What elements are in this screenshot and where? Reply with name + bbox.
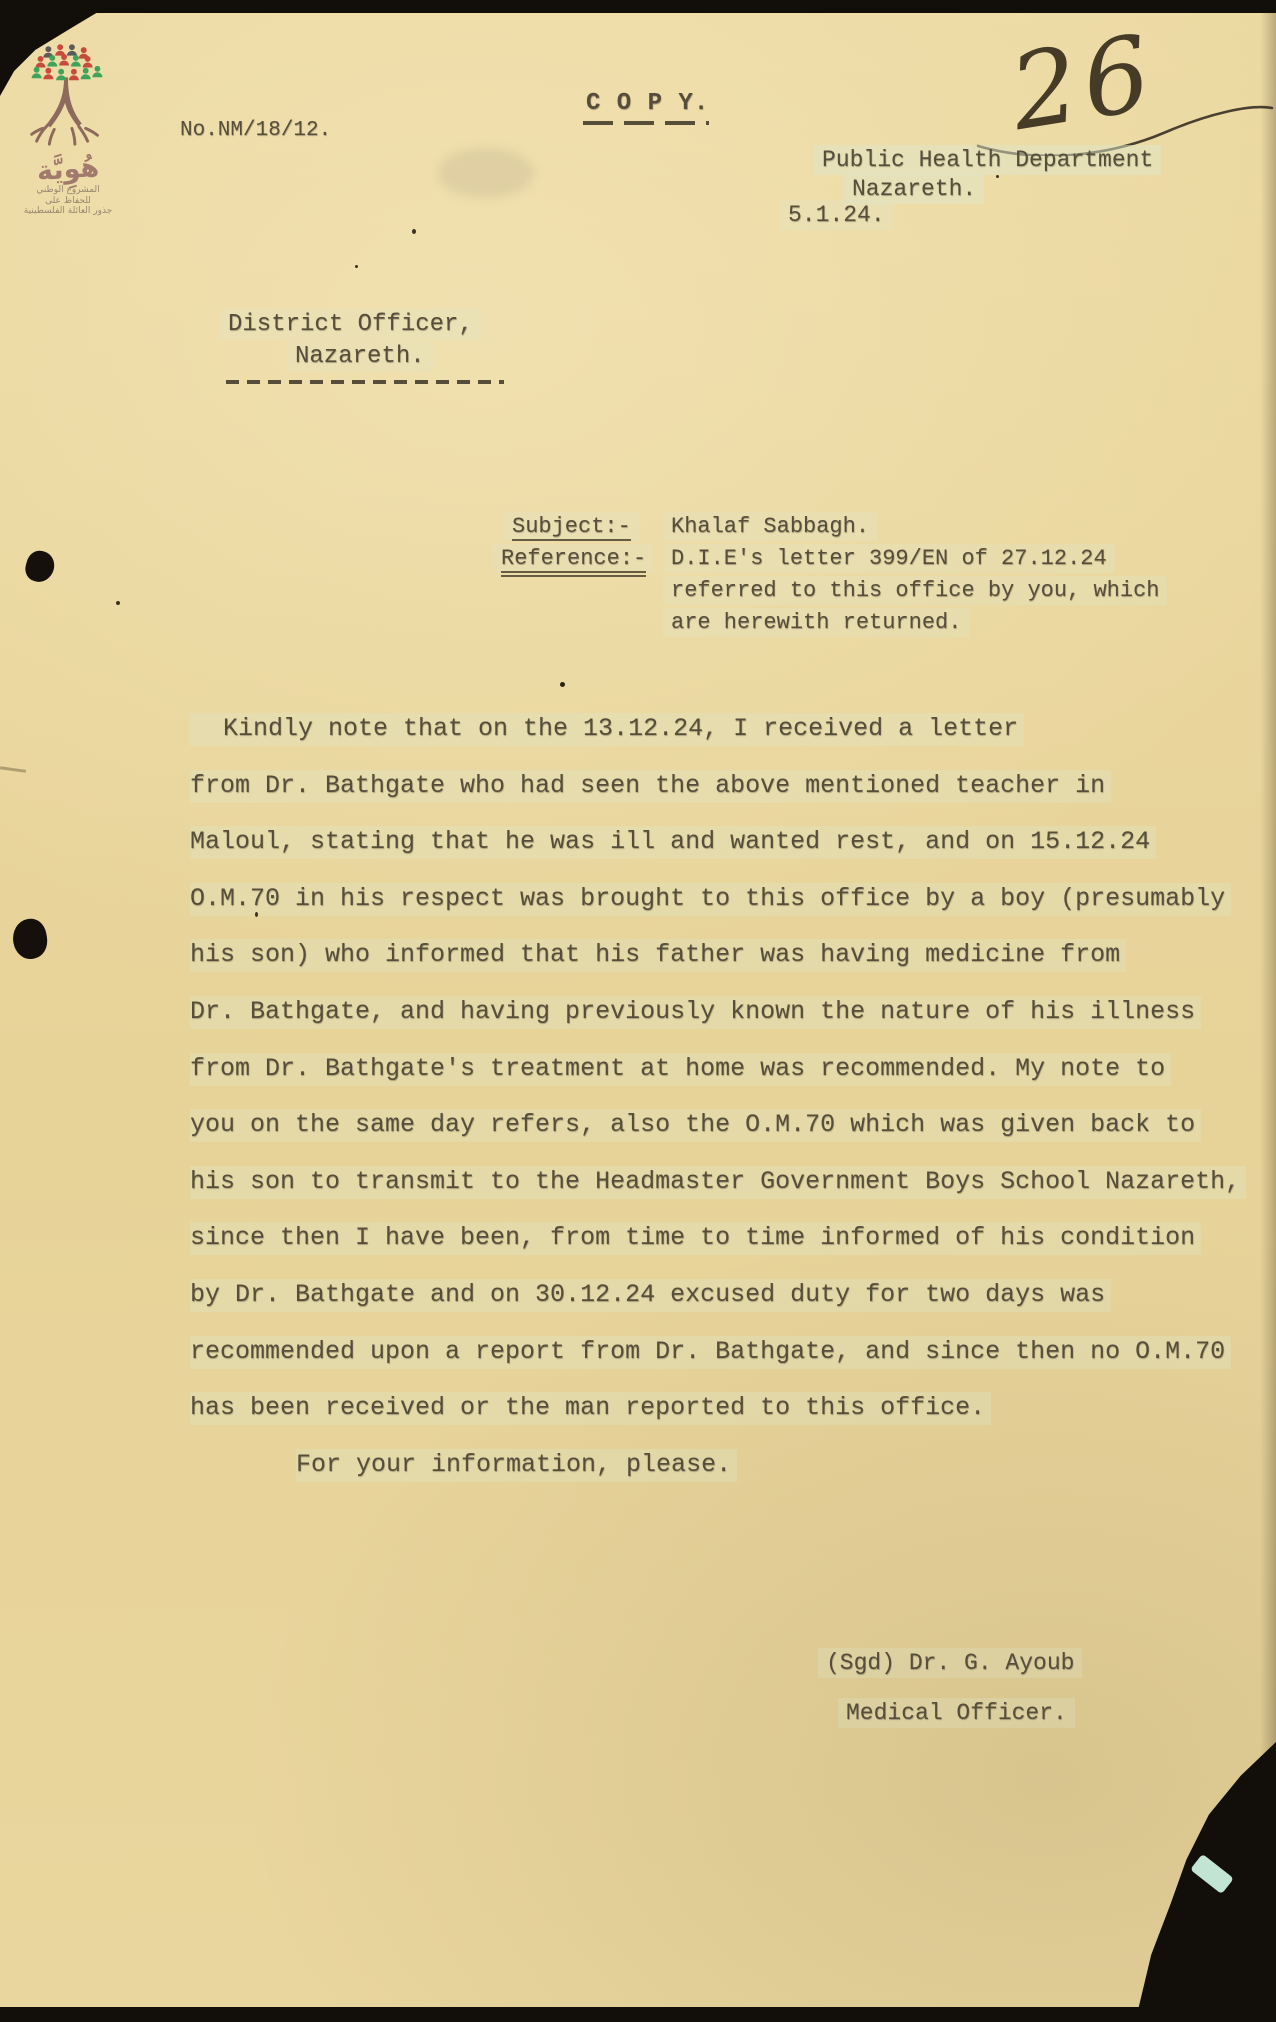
logo-tagline-2: جذور العائلة الفلسطينية	[22, 206, 114, 217]
ink-speck	[355, 265, 358, 268]
body-line: has been received or the man reported to…	[190, 1380, 991, 1437]
scan-background-bottom	[0, 2007, 1276, 2022]
letterhead-logo: هُوِيَّة المشروع الوطني للحفاظ على جذور …	[22, 44, 114, 217]
signature-line: (Sgd) Dr. G. Ayoub	[818, 1648, 1082, 1678]
signer-title: Medical Officer.	[838, 1698, 1075, 1728]
body-line: recommended upon a report from Dr. Bathg…	[190, 1324, 1231, 1381]
body-line: from Dr. Bathgate who had seen the above…	[190, 758, 1111, 815]
body-line: his son) who informed that his father wa…	[190, 927, 1126, 984]
body-line: from Dr. Bathgate's treatment at home wa…	[190, 1041, 1171, 1098]
reference-line: D.I.E's letter 399/EN of 27.12.24	[663, 544, 1115, 573]
addressee-underline	[226, 380, 504, 384]
reference-number: No.NM/18/12.	[180, 119, 331, 142]
body-line: O.M.70 in his respect was brought to thi…	[190, 871, 1231, 928]
reference-line: are herewith returned.	[663, 608, 969, 637]
ink-speck	[255, 912, 258, 917]
body-line: by Dr. Bathgate and on 30.12.24 excused …	[190, 1267, 1111, 1324]
paper-crease	[0, 766, 26, 773]
folio-number-text: 26	[1002, 16, 1165, 154]
subject-label-text: Subject:-	[512, 514, 631, 541]
ink-speck	[412, 229, 416, 234]
handwritten-folio-number: 26	[950, 16, 1276, 156]
logo-wordmark: هُوِيَّة	[21, 152, 115, 188]
copy-heading: C O P Y.	[586, 90, 709, 117]
page-edge-shadow	[1260, 0, 1276, 2022]
torn-corner-bottom-right	[1116, 1742, 1276, 2022]
body-line: you on the same day refers, also the O.M…	[190, 1097, 1201, 1154]
body-paragraph: Kindly note that on the 13.12.24, I rece…	[190, 701, 1246, 1493]
reference-label: Reference:-	[493, 544, 654, 573]
family-tree-icon	[30, 44, 106, 150]
addressee-title: District Officer,	[220, 309, 481, 340]
department-name: Public Health Department	[814, 145, 1161, 175]
scan-background-top	[0, 0, 1276, 13]
subject-value: Khalaf Sabbagh.	[663, 512, 877, 541]
body-line: Dr. Bathgate, and having previously know…	[190, 984, 1201, 1041]
logo-tagline-1: المشروع الوطني للحفاظ على	[22, 185, 114, 206]
ink-speck	[116, 601, 120, 605]
body-line: since then I have been, from time to tim…	[190, 1210, 1201, 1267]
addressee-location: Nazareth.	[287, 341, 433, 372]
body-line: Maloul, stating that he was ill and want…	[190, 814, 1156, 871]
reference-line: referred to this office by you, which	[663, 576, 1167, 605]
reference-label-text: Reference:-	[501, 546, 646, 577]
ink-blot	[22, 548, 57, 585]
closing-line: For your information, please.	[296, 1437, 737, 1494]
ink-speck	[560, 682, 565, 687]
copy-heading-underline	[583, 121, 709, 125]
body-line: his son to transmit to the Headmaster Go…	[190, 1154, 1246, 1211]
body-line: Kindly note that on the 13.12.24, I rece…	[190, 701, 1024, 758]
ink-speck	[996, 175, 999, 178]
subject-label: Subject:-	[504, 512, 639, 541]
letter-date: 5.1.24.	[780, 200, 893, 230]
scanned-letter-page: هُوِيَّة المشروع الوطني للحفاظ على جذور …	[0, 0, 1276, 2022]
ink-blot	[10, 916, 50, 961]
pencil-smudge	[438, 148, 534, 198]
